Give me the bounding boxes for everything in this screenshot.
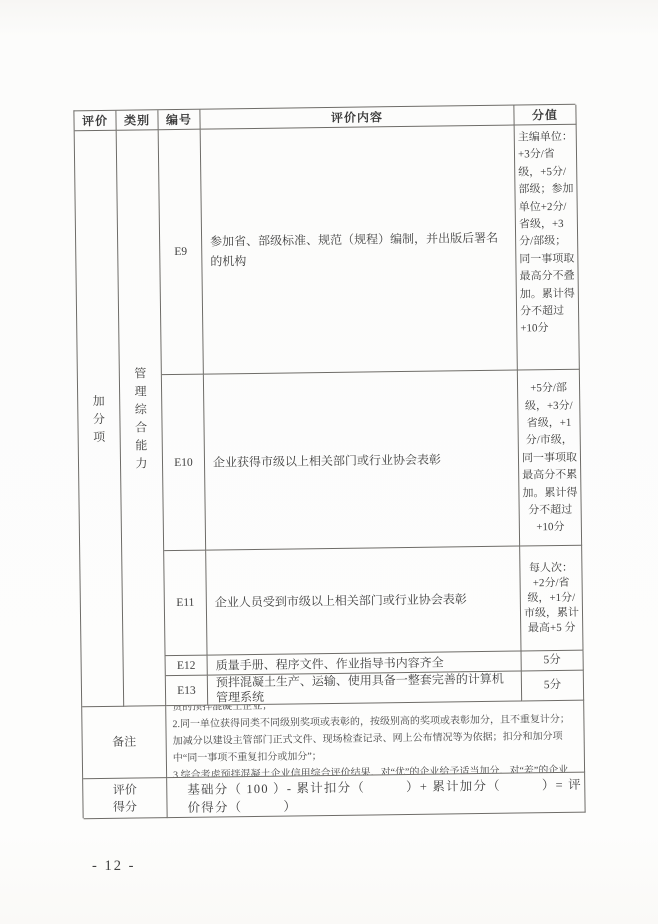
row-e13-content: 预拌混凝土生产、运输、使用具备一整套完善的计算机管理系统 xyxy=(208,671,522,705)
row-e10-score: +5分/部级，+3分/省级，+1分/市级，同一事项取最高分不累加。累计得分不超过… xyxy=(518,370,582,547)
table-grid: 评价 类别 编号 评价内容 分值 加分项 管理综合能力 E9 参加省、部级标准、… xyxy=(73,104,584,819)
col-header-score: 分值 xyxy=(514,105,576,126)
page-number: - 12 - xyxy=(92,858,135,875)
row-e10-content: 企业获得市级以上相关部门或行业协会表彰 xyxy=(204,371,520,551)
row-e11-number: E11 xyxy=(164,551,207,657)
row-e11-score: 每人次：+2分/省级，+1分/市级，累计最高+5 分 xyxy=(520,546,583,652)
group-cell-bonus-items: 加分项 xyxy=(75,131,125,708)
score-label: 评价得分 xyxy=(111,781,139,815)
row-e9-content: 参加省、部级标准、规范（规程）编制，并出版后署名的机构 xyxy=(201,126,518,375)
row-e13-score: 5分 xyxy=(522,671,584,702)
group-label-bonus-items: 加分项 xyxy=(92,391,107,445)
evaluation-table: 评价 类别 编号 评价内容 分值 加分项 管理综合能力 E9 参加省、部级标准、… xyxy=(73,104,584,819)
row-e10-number: E10 xyxy=(162,375,206,552)
remarks-label: 备注 xyxy=(110,734,138,751)
group-cell-management-ability: 管理综合能力 xyxy=(117,130,167,707)
remarks-label-cell: 备注 xyxy=(82,706,167,779)
col-header-evaluation: 评价 xyxy=(74,111,116,132)
group-label-management-ability: 管理综合能力 xyxy=(133,364,148,472)
score-label-cell: 评价得分 xyxy=(83,778,168,819)
remarks-body: 1.参加信用评价评分的预拌混凝土企业是指给德州市行政区域内房屋建筑和市政工程工程… xyxy=(166,701,585,778)
row-e11-content: 企业人员受到市级以上相关部门或行业协会表彰 xyxy=(206,547,521,656)
row-e9-score: 主编单位：+3分/省级，+5分/部级；参加单位+2分/省级，+3分/部级；同一事… xyxy=(515,125,580,371)
row-e12-score: 5分 xyxy=(522,651,584,672)
score-formula: 基础分（ 100 ）- 累计扣分（ ）+ 累计加分（ ）= 评价得分（ ） xyxy=(167,773,585,818)
document-page: 评价 类别 编号 评价内容 分值 加分项 管理综合能力 E9 参加省、部级标准、… xyxy=(0,0,658,924)
col-header-number: 编号 xyxy=(158,110,200,131)
row-e12-number: E12 xyxy=(166,656,208,677)
remark-line-2: 2.同一单位获得同类不同级别奖项或表彰的，按级别高的奖项或表彰加分，且不重复计分… xyxy=(172,711,578,767)
col-header-category: 类别 xyxy=(116,110,158,131)
row-e13-number: E13 xyxy=(166,676,208,707)
row-e9-number: E9 xyxy=(159,130,204,376)
